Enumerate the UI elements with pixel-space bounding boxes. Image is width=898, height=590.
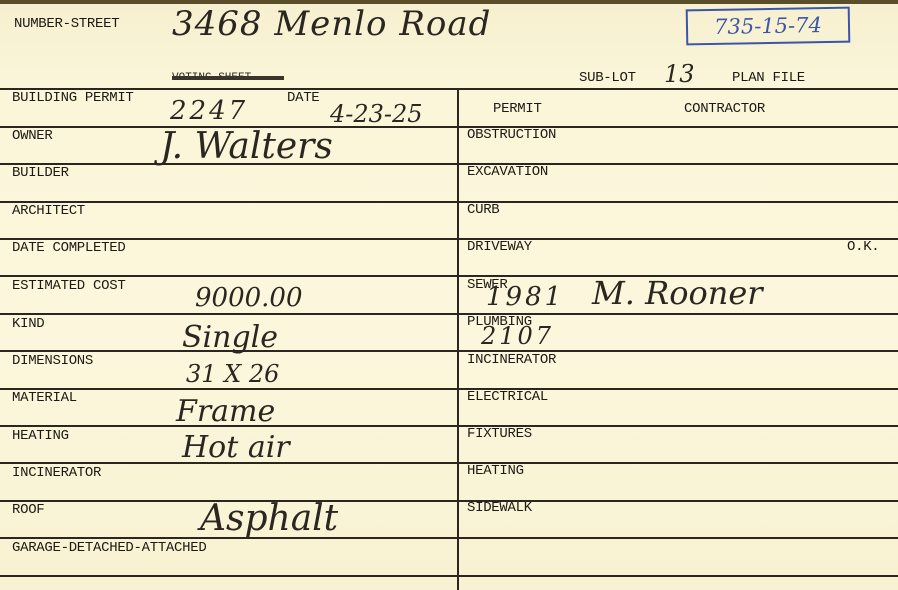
plumbing-permit-value: 2107 (481, 322, 554, 350)
rule-line (0, 126, 898, 128)
date-value: 4-23-25 (330, 100, 423, 128)
roof-label: ROOF (12, 502, 44, 518)
rule-line (0, 462, 898, 464)
dimensions-label: DIMENSIONS (12, 353, 93, 369)
heating-label: HEATING (12, 428, 69, 444)
material-value: Frame (176, 394, 275, 429)
roof-value: Asphalt (200, 498, 338, 539)
building-permit-label: BUILDING PERMIT (12, 90, 134, 106)
architect-label: ARCHITECT (12, 203, 85, 219)
fixtures-label: FIXTURES (467, 426, 532, 442)
rule-line (0, 238, 898, 240)
incinerator-permit-label: INCINERATOR (467, 352, 556, 368)
incinerator-label: INCINERATOR (12, 465, 101, 481)
sewer-permit-value: 1981 (486, 282, 564, 312)
material-label: MATERIAL (12, 390, 77, 406)
plan-file-label: PLAN FILE (732, 70, 805, 86)
rule-line (0, 88, 898, 90)
rule-line (0, 313, 898, 315)
excavation-label: EXCAVATION (467, 164, 548, 180)
heating-permit-label: HEATING (467, 463, 524, 479)
estimated-cost-label: ESTIMATED COST (12, 278, 125, 294)
rule-line (0, 163, 898, 165)
permit-column-header: PERMIT (493, 101, 542, 117)
estimated-cost-value: 9000.00 (195, 283, 303, 313)
sub-lot-label: SUB-LOT (579, 70, 636, 86)
struck-out-text: VOTING SHEET (172, 72, 284, 84)
rule-line (0, 575, 898, 577)
sewer-contractor-value: M. Rooner (592, 274, 763, 312)
sub-lot-value: 13 (664, 60, 695, 88)
rule-line (0, 425, 898, 427)
file-number-stamp: 735-15-74 (686, 7, 851, 46)
builder-label: BUILDER (12, 165, 69, 181)
building-permit-value: 2247 (170, 96, 248, 126)
building-permit-card: NUMBER-STREET 3468 Menlo Road 735-15-74 … (0, 0, 898, 590)
dimensions-value: 31 X 26 (186, 360, 279, 388)
owner-value: J. Walters (160, 126, 333, 167)
date-completed-label: DATE COMPLETED (12, 240, 125, 256)
driveway-note: O.K. (847, 239, 879, 255)
rule-line (0, 388, 898, 390)
heating-value: Hot air (182, 430, 290, 465)
curb-label: CURB (467, 202, 499, 218)
rule-line (0, 201, 898, 203)
garage-label: GARAGE-DETACHED-ATTACHED (12, 540, 206, 556)
rule-line (0, 537, 898, 539)
kind-value: Single (182, 320, 278, 355)
sidewalk-label: SIDEWALK (467, 500, 532, 516)
rule-line (0, 350, 898, 352)
number-street-label: NUMBER-STREET (14, 16, 119, 32)
contractor-column-header: CONTRACTOR (684, 101, 765, 117)
date-label: DATE (287, 90, 319, 106)
rule-line (0, 500, 898, 502)
owner-label: OWNER (12, 128, 53, 144)
electrical-label: ELECTRICAL (467, 389, 548, 405)
driveway-label: DRIVEWAY (467, 239, 532, 255)
kind-label: KIND (12, 316, 44, 332)
obstruction-label: OBSTRUCTION (467, 127, 556, 143)
rule-line (0, 275, 898, 277)
number-street-value: 3468 Menlo Road (172, 4, 491, 44)
column-divider (457, 88, 459, 590)
